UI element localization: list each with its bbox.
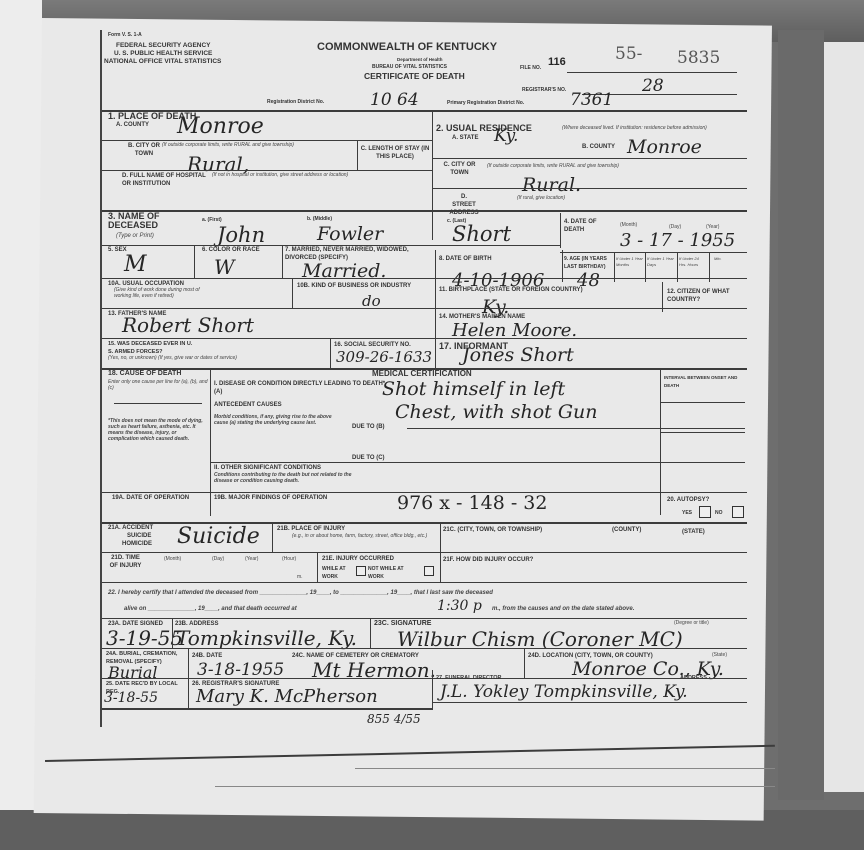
age-min: Min. <box>714 256 742 262</box>
row-line <box>560 252 747 253</box>
dod-label: 4. DATE OF DEATH <box>564 218 604 234</box>
col-divider <box>194 245 195 278</box>
agency-line-3: NATIONAL OFFICE VITAL STATISTICS <box>104 58 221 66</box>
hospital-hint: (If not in hospital or institution, give… <box>212 172 422 178</box>
date-of-death: 3 - 17 - 1955 <box>620 230 735 251</box>
injury-type-line-1: 21a. ACCIDENT <box>108 524 153 532</box>
armed-hint: (Yes, no, or unknown) (If yes, give war … <box>108 355 328 361</box>
injury-type: Suicide <box>177 524 260 549</box>
reg-district: 10 64 <box>370 90 419 110</box>
col-divider <box>524 648 525 678</box>
age-hours: If Under 24 Hrs. Hours <box>679 256 707 268</box>
registrar-no: 28 <box>642 76 664 96</box>
col-divider <box>272 522 273 552</box>
certify-line-1: 22. I hereby certify that I attended the… <box>108 590 753 596</box>
armed-label: 15. WAS DECEASED EVER IN U. S. ARMED FOR… <box>108 340 198 356</box>
reg-district-label: Registration District No. <box>267 98 324 106</box>
col-divider <box>432 670 433 710</box>
ssn: 309-26-1633 <box>336 348 432 366</box>
citizen-label: 12. CITIZEN OF WHAT COUNTRY? <box>667 288 747 304</box>
operation-date-label: 19a. DATE OF OPERATION <box>112 494 212 502</box>
age-days: If Under 1 Year Days <box>647 256 675 268</box>
col-divider <box>435 308 436 341</box>
cause-note: *This does not mean the mode of dying, s… <box>108 418 208 442</box>
row-line <box>660 432 745 433</box>
age-months: If Under 1 Year Months <box>616 256 644 268</box>
injury-state-label: (STATE) <box>682 528 705 536</box>
row-line <box>102 582 747 583</box>
antecedent-hint: Morbid conditions, if any, giving rise t… <box>214 414 332 426</box>
while-at-work-label: WHILE AT WORK <box>322 565 357 581</box>
underlying-form-line <box>215 786 775 787</box>
cause-line-a2: Chest, with shot Gun <box>395 401 598 423</box>
name-label: 3. NAME OF DECEASED <box>108 212 178 230</box>
col-divider <box>435 338 436 370</box>
col-divider <box>432 110 433 240</box>
primary-district-label: Primary Registration District No. <box>447 99 524 107</box>
stay-label: c. LENGTH OF STAY (in this place) <box>360 145 430 161</box>
registrar-no-label: REGISTRAR'S NO. <box>522 86 566 94</box>
row-line <box>102 140 432 141</box>
race-label: 6. COLOR OR RACE <box>202 246 260 254</box>
certify-line-2b: m., from the causes and on the date stat… <box>492 606 634 612</box>
sex: M <box>124 252 147 277</box>
row-line <box>102 210 747 212</box>
injury-place-hint: (e.g., in or about home, farm, factory, … <box>292 533 432 539</box>
form-number: Form V. S. 1-A <box>108 31 142 39</box>
autopsy-yes-label: YES <box>682 509 692 517</box>
first-name: John <box>217 223 265 247</box>
residence-hint: (Where deceased lived. If institution: r… <box>562 125 747 131</box>
dob-label: 8. DATE OF BIRTH <box>439 255 492 263</box>
row-line <box>432 188 747 189</box>
primary-district: 7361 <box>570 90 613 110</box>
interval-label: INTERVAL BETWEEN ONSET AND DEATH <box>664 374 744 390</box>
antecedent-label: ANTECEDENT CAUSES <box>214 401 282 409</box>
res-county: Monroe <box>627 136 702 158</box>
underlying-form-line <box>355 768 775 769</box>
res-state-label: a. STATE <box>452 134 478 142</box>
other-conditions-hint: Conditions contributing to the death but… <box>214 472 364 484</box>
time-col-month: (Month) <box>164 556 181 562</box>
age-label: 9. AGE (In years last birthday) <box>564 255 614 271</box>
due-to-c: DUE TO (c) <box>352 454 385 462</box>
margin-annotation: 855 4/55 <box>367 712 421 726</box>
state-name: COMMONWEALTH OF KENTUCKY <box>317 41 497 53</box>
funeral-director: J.L. Yokley Tompkinsville, Ky. <box>440 682 688 702</box>
stamp-number: 5835 <box>677 48 720 68</box>
col-divider <box>172 618 173 648</box>
injury-type-line-3: HOMICIDE <box>122 540 152 548</box>
col-divider <box>370 618 371 648</box>
director-address-label: ADDRESS <box>680 674 707 682</box>
row-line <box>102 278 747 279</box>
while-at-work-checkbox[interactable] <box>356 566 366 576</box>
res-city: Rural. <box>522 174 581 196</box>
row-line <box>102 552 747 553</box>
injury-place-label: 21b. PLACE OF INJURY <box>277 525 345 533</box>
autopsy-no-label: NO <box>715 509 723 517</box>
injury-work-label: 21e. INJURY OCCURRED <box>322 555 394 563</box>
line-c <box>210 462 745 463</box>
cause-label: 18. CAUSE OF DEATH <box>108 370 181 378</box>
form-bottom-rule <box>102 708 432 710</box>
street-hint: (If rural, give location) <box>517 195 565 201</box>
middle-name: Fowler <box>317 223 383 245</box>
row-line <box>102 618 747 619</box>
row-line <box>102 308 747 309</box>
bureau: BUREAU OF VITAL STATISTICS <box>372 63 447 71</box>
res-city-hint: (If outside corporate limits, write RURA… <box>487 163 717 169</box>
row-line <box>102 338 747 339</box>
dod-col-month: (Month) <box>620 222 637 228</box>
row-line <box>102 170 432 171</box>
col-divider <box>282 245 283 278</box>
burial-date-label: 24b. DATE <box>192 652 222 660</box>
hospital-label: d. FULL NAME OF HOSPITAL OR INSTITUTION <box>122 172 207 188</box>
col-divider <box>560 213 561 248</box>
time-col-hour: (Hour) <box>282 556 296 562</box>
agency-line-2: U. S. PUBLIC HEALTH SERVICE <box>114 50 212 58</box>
time-col-day: (Day) <box>212 556 224 562</box>
row-line <box>660 402 745 403</box>
industry-label: 10b. KIND OF BUSINESS OR INDUSTRY <box>297 282 432 290</box>
street-label: d. STREET ADDRESS <box>449 193 479 217</box>
burial-date: 3-18-1955 <box>197 660 284 680</box>
not-while-at-work-checkbox[interactable] <box>424 566 434 576</box>
autopsy-no-checkbox[interactable] <box>732 506 744 518</box>
signer-address: Tompkinsville, Ky. <box>176 626 357 650</box>
row-line <box>102 648 747 649</box>
time-col-year: (Year) <box>245 556 258 562</box>
cause-line-a: Shot himself in left <box>382 378 565 400</box>
informant: Jones Short <box>462 344 574 366</box>
time-m: m. <box>297 574 303 580</box>
form-bottom-rule <box>432 702 747 703</box>
col-divider <box>435 280 436 310</box>
certificate-title: CERTIFICATE OF DEATH <box>364 71 465 81</box>
last-name: Short <box>452 222 511 246</box>
injury-type-line-2: SUICIDE <box>127 532 151 540</box>
name-sub: (Type or Print) <box>116 233 154 239</box>
col-divider <box>317 552 318 582</box>
injury-time-label: 21d. TIME OF INJURY <box>108 554 143 570</box>
file-no-line <box>567 72 737 73</box>
header-rule <box>102 110 747 112</box>
director-label: 27. FUNERAL DIRECTOR <box>436 674 502 682</box>
registrar-signature: Mary K. McPherson <box>196 686 378 707</box>
city-hint: (If outside corporate limits, write RURA… <box>162 142 312 148</box>
separator <box>114 403 202 404</box>
col-divider <box>435 250 436 280</box>
race: W <box>214 255 235 279</box>
col-divider <box>330 338 331 368</box>
col-divider <box>357 140 358 170</box>
not-while-at-work-label: NOT WHILE AT WORK <box>368 565 408 581</box>
occupation-hint: (Give kind of work done during most of w… <box>114 287 209 299</box>
row-line <box>432 158 747 159</box>
col-divider <box>660 370 661 515</box>
agency-line-1: FEDERAL SECURITY AGENCY <box>116 42 211 50</box>
page-gutter <box>778 30 824 800</box>
findings-label: 19b. MAJOR FINDINGS OF OPERATION <box>214 494 327 502</box>
county-label: a. COUNTY <box>116 121 149 129</box>
how-injury-label: 21f. HOW DID INJURY OCCUR? <box>443 556 533 564</box>
birthplace-label: 11. BIRTHPLACE (State or foreign country… <box>439 286 583 294</box>
line-b <box>407 428 745 429</box>
autopsy-yes-checkbox[interactable] <box>699 506 711 518</box>
adjacent-page-edge <box>824 42 864 792</box>
row-line <box>102 678 747 679</box>
stamp-year: 55- <box>615 44 642 64</box>
file-no: 116 <box>548 56 566 68</box>
father-name: Robert Short <box>122 313 254 337</box>
other-conditions-label: II. OTHER SIGNIFICANT CONDITIONS <box>214 464 321 472</box>
res-county-label: b. COUNTY <box>582 143 615 151</box>
operation-findings: 976 x - 148 - 32 <box>397 492 547 514</box>
death-county: Monroe <box>177 114 264 139</box>
autopsy-label: 20. AUTOPSY? <box>667 496 709 504</box>
disease-label: I. DISEASE OR CONDITION DIRECTLY LEADING… <box>214 380 394 396</box>
certify-line-2a: alive on ______________, 19____, and tha… <box>124 606 297 612</box>
city-label: b. CITY OR TOWN <box>124 142 164 158</box>
degree-label: (Degree or title) <box>674 620 709 626</box>
col-divider <box>292 278 293 308</box>
due-to-b: DUE TO (b) <box>352 423 385 431</box>
res-city-label: c. CITY OR TOWN <box>442 161 477 177</box>
death-certificate-form: Form V. S. 1-A FEDERAL SECURITY AGENCY U… <box>100 30 750 727</box>
death-time: 1:30 p <box>437 598 482 614</box>
injury-city-label: 21c. (CITY, TOWN, OR TOWNSHIP) <box>443 526 542 534</box>
res-state: Ky. <box>494 126 518 146</box>
recd-date: 3-18-55 <box>104 690 158 706</box>
cause-instr: Enter only one cause per line for (a), (… <box>108 379 208 391</box>
middle-label: b. (Middle) <box>307 215 332 223</box>
file-no-label: FILE NO. <box>520 64 541 72</box>
medical-certification: MEDICAL CERTIFICATION <box>372 370 472 378</box>
injury-county-label: (COUNTY) <box>612 526 641 534</box>
